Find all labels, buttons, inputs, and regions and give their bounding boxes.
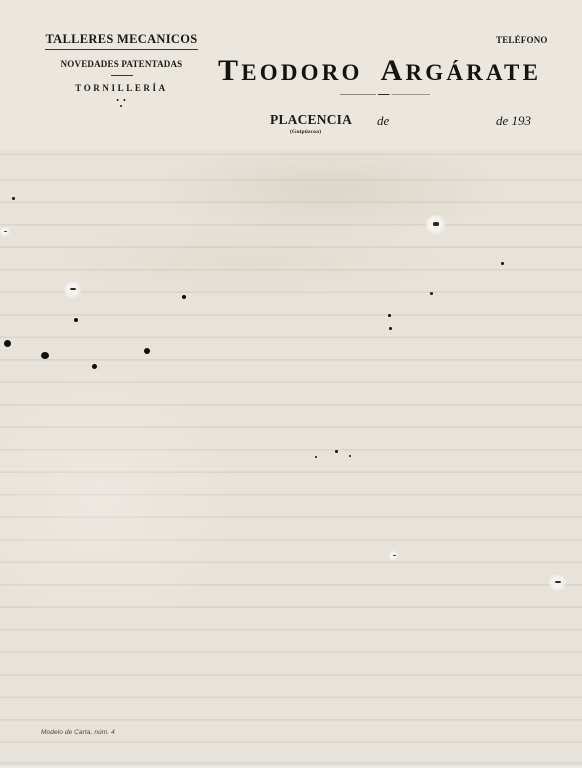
business-subtitle: NOVEDADES PATENTADAS <box>44 59 199 69</box>
paper-tear <box>64 282 82 298</box>
punch-hole <box>315 456 317 458</box>
city-name: PLACENCIA <box>270 112 352 128</box>
paper-bottom-edge <box>0 762 582 768</box>
company-name: TEODORO ARGÁRATE <box>218 54 541 88</box>
paper-tear <box>549 575 567 591</box>
punch-hole <box>501 262 504 265</box>
paper-tear <box>426 215 446 235</box>
letter-paper: TALLERES MECANICOS NOVEDADES PATENTADAS … <box>0 0 582 768</box>
paper-tear <box>0 227 10 237</box>
punch-hole <box>430 292 433 295</box>
punch-hole <box>388 314 391 317</box>
punch-hole <box>74 318 78 322</box>
paper-tear <box>389 551 399 561</box>
ornament-icon: • •• <box>44 98 199 110</box>
telephone-label: TELÉFONO <box>496 35 548 45</box>
punch-hole <box>12 197 15 200</box>
punch-hole <box>182 295 186 299</box>
company-name-initial: A <box>381 54 406 87</box>
punch-hole <box>349 455 351 457</box>
company-name-last: RGÁRATE <box>405 60 541 85</box>
divider-rule <box>111 75 133 76</box>
punch-hole <box>4 340 11 347</box>
company-name-initial: T <box>218 54 241 87</box>
date-year-prefix: de 193 <box>496 113 531 129</box>
punch-hole <box>335 450 338 453</box>
punch-hole <box>144 348 150 354</box>
form-model-caption: Modelo de Carta, núm. 4 <box>41 729 115 736</box>
business-specialty: TORNILLERÍA <box>44 83 199 93</box>
punch-hole <box>389 327 392 330</box>
name-underline-rule <box>340 94 430 95</box>
punch-hole <box>41 352 49 359</box>
company-name-first: EODORO <box>241 60 362 85</box>
punch-hole <box>92 364 97 369</box>
business-title: TALLERES MECANICOS <box>45 32 197 50</box>
business-description: TALLERES MECANICOS NOVEDADES PATENTADAS … <box>44 30 199 110</box>
date-day-prefix: de <box>377 113 389 129</box>
province-name: (Guipúzcoa) <box>290 129 321 135</box>
